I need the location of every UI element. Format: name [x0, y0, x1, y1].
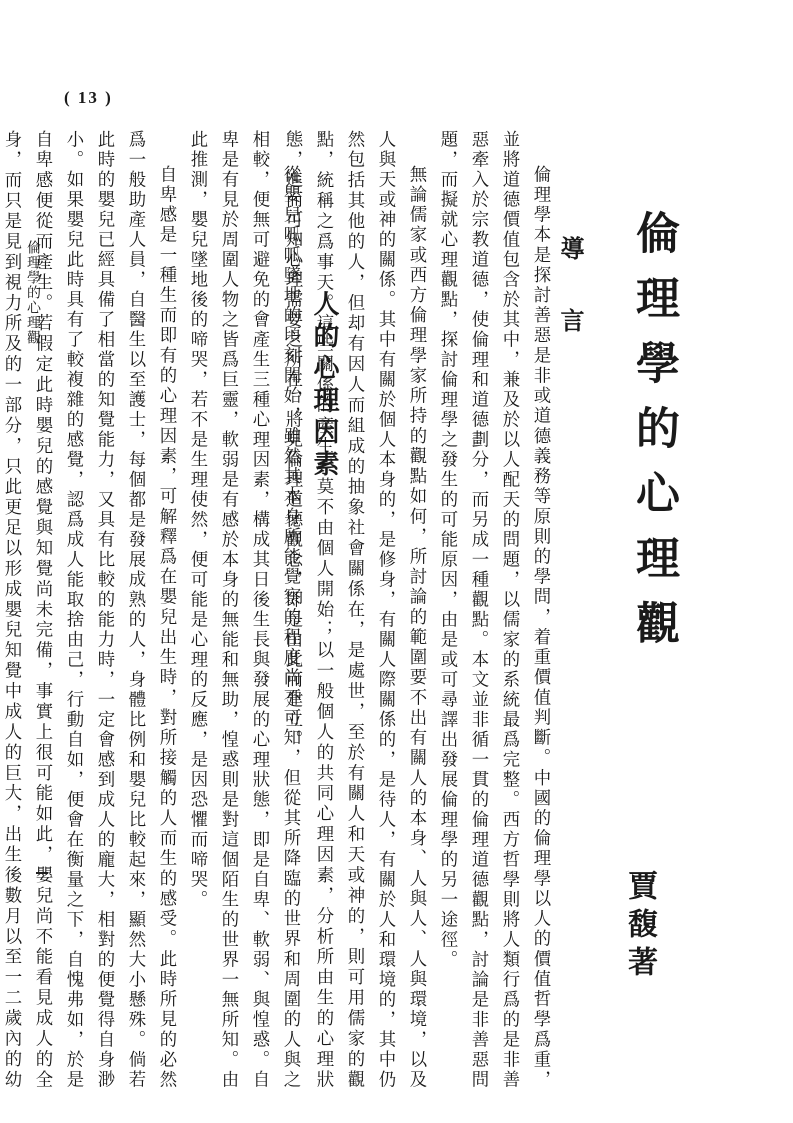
- article-author: 賈馥著: [622, 870, 656, 984]
- page-number: ( 13 ): [64, 88, 113, 108]
- section-introduction-body: 倫理學本是探討善惡是非或道德義務等原則的學問，着重價值判斷。中國的倫理學以人的價…: [350, 130, 555, 1090]
- paragraph: 倫理學本是探討善惡是非或道德義務等原則的學問，着重價值判斷。中國的倫理學以人的價…: [431, 130, 555, 1090]
- section-heading-introduction: 導言: [556, 236, 584, 380]
- article-title: 倫理學的心理觀: [628, 210, 678, 665]
- section-psychological-factors-body: 從嬰兒呱呱墜地的頃刻開始，雖然其本身所能覺察的程度尚不可知，但從其所降臨的世界和…: [40, 130, 305, 1090]
- paragraph: 從嬰兒呱呱墜地的頃刻開始，雖然其本身所能覺察的程度尚不可知，但從其所降臨的世界和…: [181, 130, 305, 1090]
- paragraph: 自卑感是一種生而即有的心理因素，可解釋爲在嬰兒出生時，對所接觸的人而生的感受。此…: [0, 130, 181, 1090]
- section-heading-psychological-factors: 人的心理因素: [309, 290, 339, 482]
